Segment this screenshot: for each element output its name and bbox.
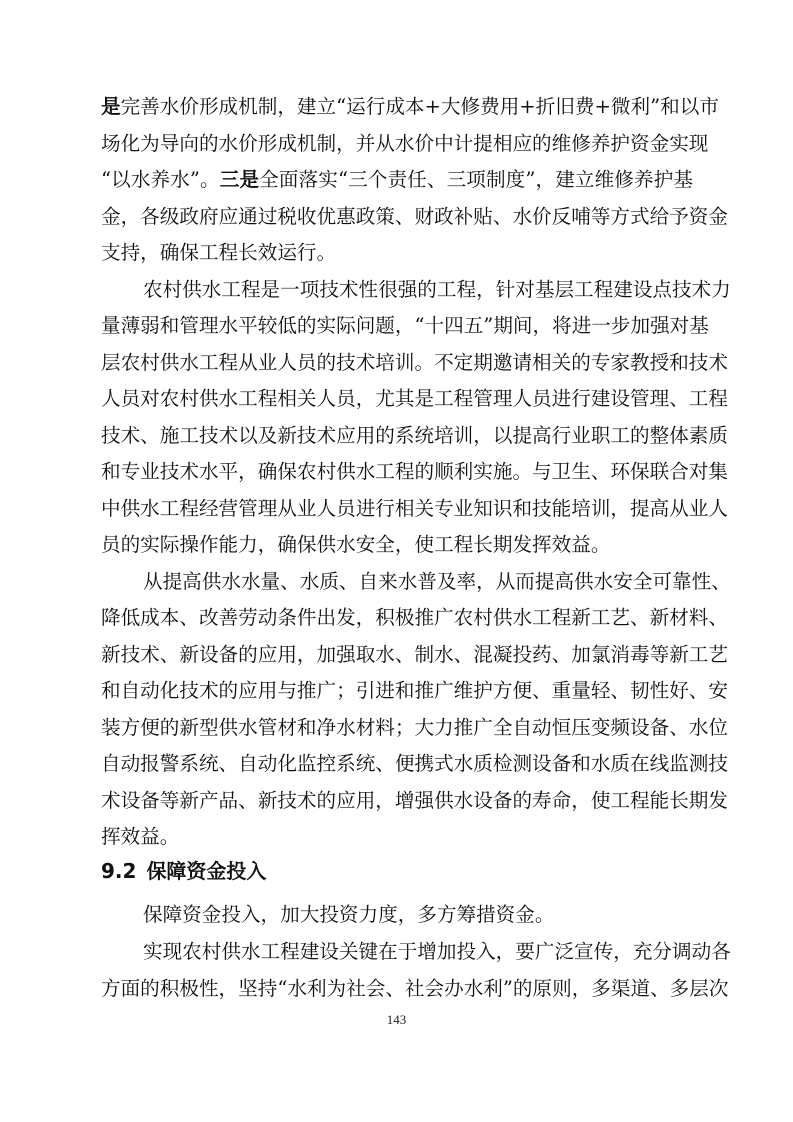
paragraph-2-line-1: 农村供水工程是一项技术性很强的工程，针对基层工程建设点技术力 [101,272,693,308]
paragraph-2-line-6: 和专业技术水平，确保农村供水工程的顺利实施。与卫生、环保联合对集 [101,454,693,490]
section-heading: 9.2保障资金投入 [101,853,266,889]
paragraph-1-line-1: 是完善水价形成机制，建立“运行成本+大修费用+折旧费+微利”和以市 [101,89,693,125]
paragraph-1-line-2: 场化为导向的水价形成机制，并从水价中计提相应的维修养护资金实现 [101,126,693,162]
paragraph-2-line-3: 层农村供水工程从业人员的技术培训。不定期邀请相关的专家教授和技术 [101,345,693,381]
emphasis-shi: 是 [101,95,121,118]
paragraph-1-line-3: “以水养水”。三是全面落实“三个责任、三项制度”，建立维修养护基 [101,162,693,198]
paragraph-3-line-2: 降低成本、改善劳动条件出发，积极推广农村供水工程新工艺、新材料、 [101,600,693,636]
paragraph-3-line-5: 装方便的新型供水管材和净水材料；大力推广全自动恒压变频设备、水位 [101,710,693,746]
section-title: 保障资金投入 [146,859,266,883]
paragraph-5-line-2: 方面的积极性，坚持“水利为社会、社会办水利”的原则，多渠道、多层次 [101,971,693,1007]
emphasis-san-shi: 三是 [220,168,259,191]
paragraph-2-line-7: 中供水工程经营管理从业人员进行相关专业知识和技能培训，提高从业人 [101,491,693,527]
paragraph-3-line-4: 和自动化技术的应用与推广；引进和推广维护方便、重量轻、韧性好、安 [101,673,693,709]
paragraph-5-line-1: 实现农村供水工程建设关键在于增加投入，要广泛宣传，充分调动各 [101,934,693,970]
paragraph-2-line-4: 人员对农村供水工程相关人员，尤其是工程管理人员进行建设管理、工程 [101,381,693,417]
paragraph-3-line-7: 术设备等新产品、新技术的应用，增强供水设备的寿命，使工程能长期发 [101,783,693,819]
paragraph-1-line-4: 金，各级政府应通过税收优惠政策、财政补贴、水价反哺等方式给予资金 [101,199,693,235]
paragraph-3-line-3: 新技术、新设备的应用，加强取水、制水、混凝投药、加氯消毒等新工艺 [101,637,693,673]
page-number: 143 [0,1012,793,1028]
paragraph-2-line-5: 技术、施工技术以及新技术应用的系统培训，以提高行业职工的整体素质 [101,418,693,454]
paragraph-1-line-5: 支持，确保工程长效运行。 [101,235,693,271]
section-number: 9.2 [101,859,136,883]
paragraph-3-line-8: 挥效益。 [101,819,693,855]
paragraph-4-line-1: 保障资金投入，加大投资力度，多方筹措资金。 [101,897,693,933]
paragraph-2-line-2: 量薄弱和管理水平较低的实际问题，“十四五”期间，将进一步加强对基 [101,308,693,344]
paragraph-2-line-8: 员的实际操作能力，确保供水安全，使工程长期发挥效益。 [101,527,693,563]
paragraph-3-line-6: 自动报警系统、自动化监控系统、便携式水质检测设备和水质在线监测技 [101,746,693,782]
document-page: 是完善水价形成机制，建立“运行成本+大修费用+折旧费+微利”和以市 场化为导向的… [0,0,793,1122]
paragraph-3-line-1: 从提高供水水量、水质、自来水普及率，从而提高供水安全可靠性、 [101,564,693,600]
